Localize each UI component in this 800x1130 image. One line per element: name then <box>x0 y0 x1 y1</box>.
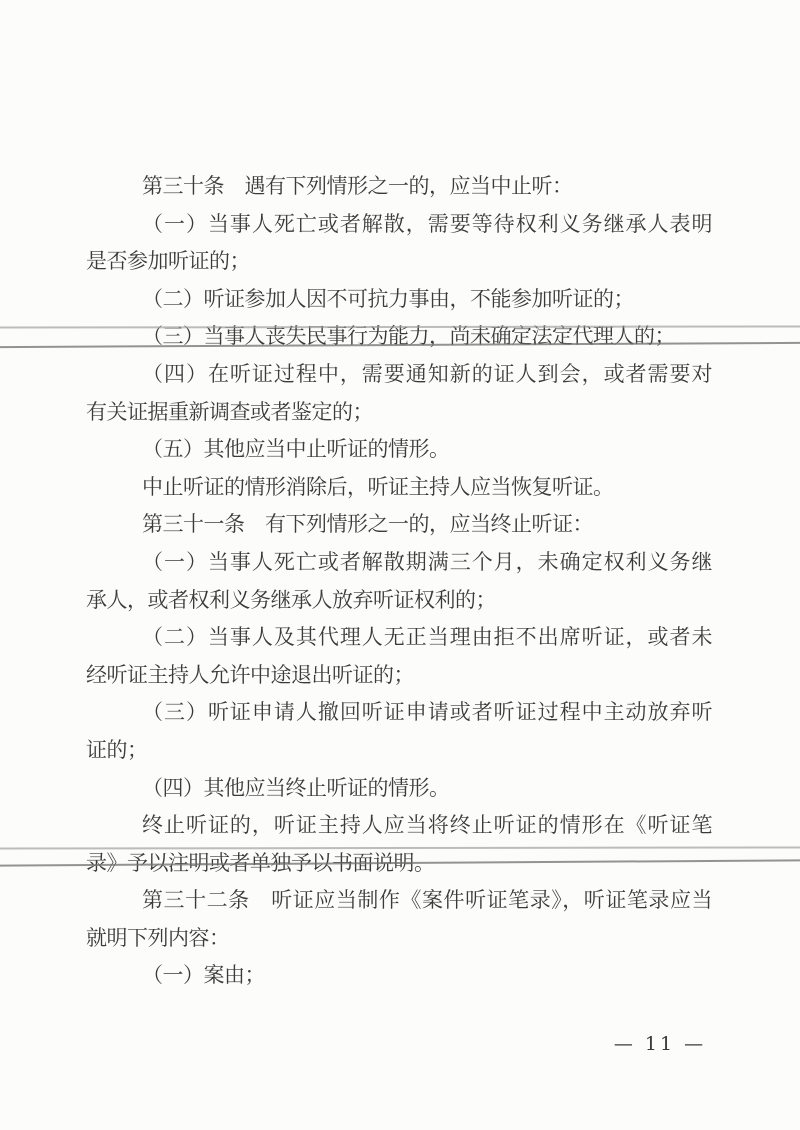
scanned-document-page: { "page": { "kind": "scanned-legal-docum… <box>0 0 800 1130</box>
text-line: （二）当事人及其代理人无正当理由拒不出席听证，或者未 <box>86 619 712 657</box>
text-line: 承人，或者权利义务继承人放弃听证权利的； <box>86 582 712 620</box>
text-line: 就明下列内容： <box>86 920 712 958</box>
text-line: （一）当事人死亡或者解散期满三个月，未确定权利义务继 <box>86 544 712 582</box>
text-line: （四）其他应当终止听证的情形。 <box>86 770 712 808</box>
text-line: （一）案由； <box>86 957 712 995</box>
text-line: （三）当事人丧失民事行为能力，尚未确定法定代理人的； <box>86 318 712 356</box>
text-line: 证的； <box>86 732 712 770</box>
text-line: （三）听证申请人撤回听证申请或者听证过程中主动放弃听 <box>86 694 712 732</box>
text-line: （一）当事人死亡或者解散，需要等待权利义务继承人表明 <box>86 206 712 244</box>
text-line: 经听证主持人允许中途退出听证的； <box>86 657 712 695</box>
text-line: （四）在听证过程中，需要通知新的证人到会，或者需要对 <box>86 356 712 394</box>
text-line: 第三十条 遇有下列情形之一的，应当中止听： <box>86 168 712 206</box>
document-page: 第三十条 遇有下列情形之一的，应当中止听：（一）当事人死亡或者解散，需要等待权利… <box>0 0 800 1130</box>
text-line: 是否参加听证的； <box>86 243 712 281</box>
page-number: — 11 — <box>560 1033 760 1055</box>
text-line: 中止听证的情形消除后，听证主持人应当恢复听证。 <box>86 469 712 507</box>
text-line: 终止听证的，听证主持人应当将终止听证的情形在《听证笔 <box>86 807 712 845</box>
text-line: 有关证据重新调查或者鉴定的； <box>86 394 712 432</box>
document-body-text: 第三十条 遇有下列情形之一的，应当中止听：（一）当事人死亡或者解散，需要等待权利… <box>86 168 712 995</box>
text-line: （二）听证参加人因不可抗力事由，不能参加听证的； <box>86 281 712 319</box>
text-line: （五）其他应当中止听证的情形。 <box>86 431 712 469</box>
text-line: 第三十二条 听证应当制作《案件听证笔录》，听证笔录应当 <box>86 882 712 920</box>
text-line: 第三十一条 有下列情形之一的，应当终止听证： <box>86 506 712 544</box>
